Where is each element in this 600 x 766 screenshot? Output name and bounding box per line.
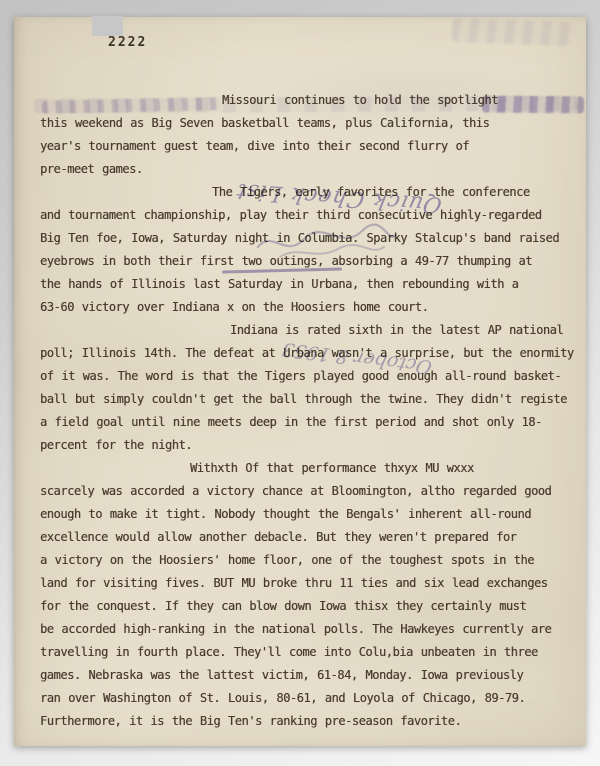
typed-line: poll; Illinois 14th. The defeat at Urban… (40, 342, 582, 365)
typed-line: this weekend as Big Seven basketball tea… (40, 112, 582, 135)
scanned-document-background: { "document": { "page_number": "2222", "… (0, 0, 600, 766)
typed-line: enough to make it tight. Nobody thought … (40, 503, 582, 526)
purple-ink-smudge-corner (452, 18, 573, 46)
handwritten-scribble (250, 217, 400, 265)
paragraph-3: Indiana is rated sixth in the latest AP … (40, 319, 582, 457)
typed-line: games. Nebraska was the lattest victim, … (40, 664, 582, 687)
typed-line: of it was. The word is that the Tigers p… (40, 365, 582, 388)
paragraph-1: Missouri continues to hold the spotlight… (40, 89, 582, 181)
page-number: 2222 (108, 35, 147, 50)
typed-line: a victory on the Hoosiers' home floor, o… (40, 549, 582, 572)
typed-line: the hands of Illinois last Saturday in U… (40, 273, 582, 296)
typed-line: The Tigers, early favorites for the conf… (40, 181, 582, 204)
typed-line: percent for the night. (40, 434, 582, 457)
typewritten-page: 2222 Missouri continues to hold the spot… (14, 17, 586, 746)
typed-line: Furthermore, it is the Big Ten's ranking… (40, 710, 582, 733)
typed-line: travelling in fourth place. They'll come… (40, 641, 582, 664)
typed-line: 63-60 victory over Indiana x on the Hoos… (40, 296, 582, 319)
typed-line: for the conquest. If they can blow down … (40, 595, 582, 618)
typed-line: ran over Washington of St. Louis, 80-61,… (40, 687, 582, 710)
typed-line: excellence would allow another debacle. … (40, 526, 582, 549)
typed-line: pre-meet games. (40, 158, 582, 181)
typed-line: be accorded high-ranking in the national… (40, 618, 582, 641)
typed-line: Missouri continues to hold the spotlight (40, 89, 582, 112)
paragraph-4: Withxth Of that performance thxyx MU wxx… (40, 457, 582, 733)
typed-line: a field goal until nine meets deep in th… (40, 411, 582, 434)
typed-line: Indiana is rated sixth in the latest AP … (40, 319, 582, 342)
typed-text-block: Missouri continues to hold the spotlight… (40, 89, 582, 733)
typed-line: land for visiting fives. BUT MU broke th… (40, 572, 582, 595)
typed-line: Withxth Of that performance thxyx MU wxx… (40, 457, 582, 480)
typed-line: scarcely was accorded a victory chance a… (40, 480, 582, 503)
torn-notch (92, 16, 123, 36)
typed-line: ball but simply couldn't get the ball th… (40, 388, 582, 411)
typed-line: year's tournament guest team, dive into … (40, 135, 582, 158)
